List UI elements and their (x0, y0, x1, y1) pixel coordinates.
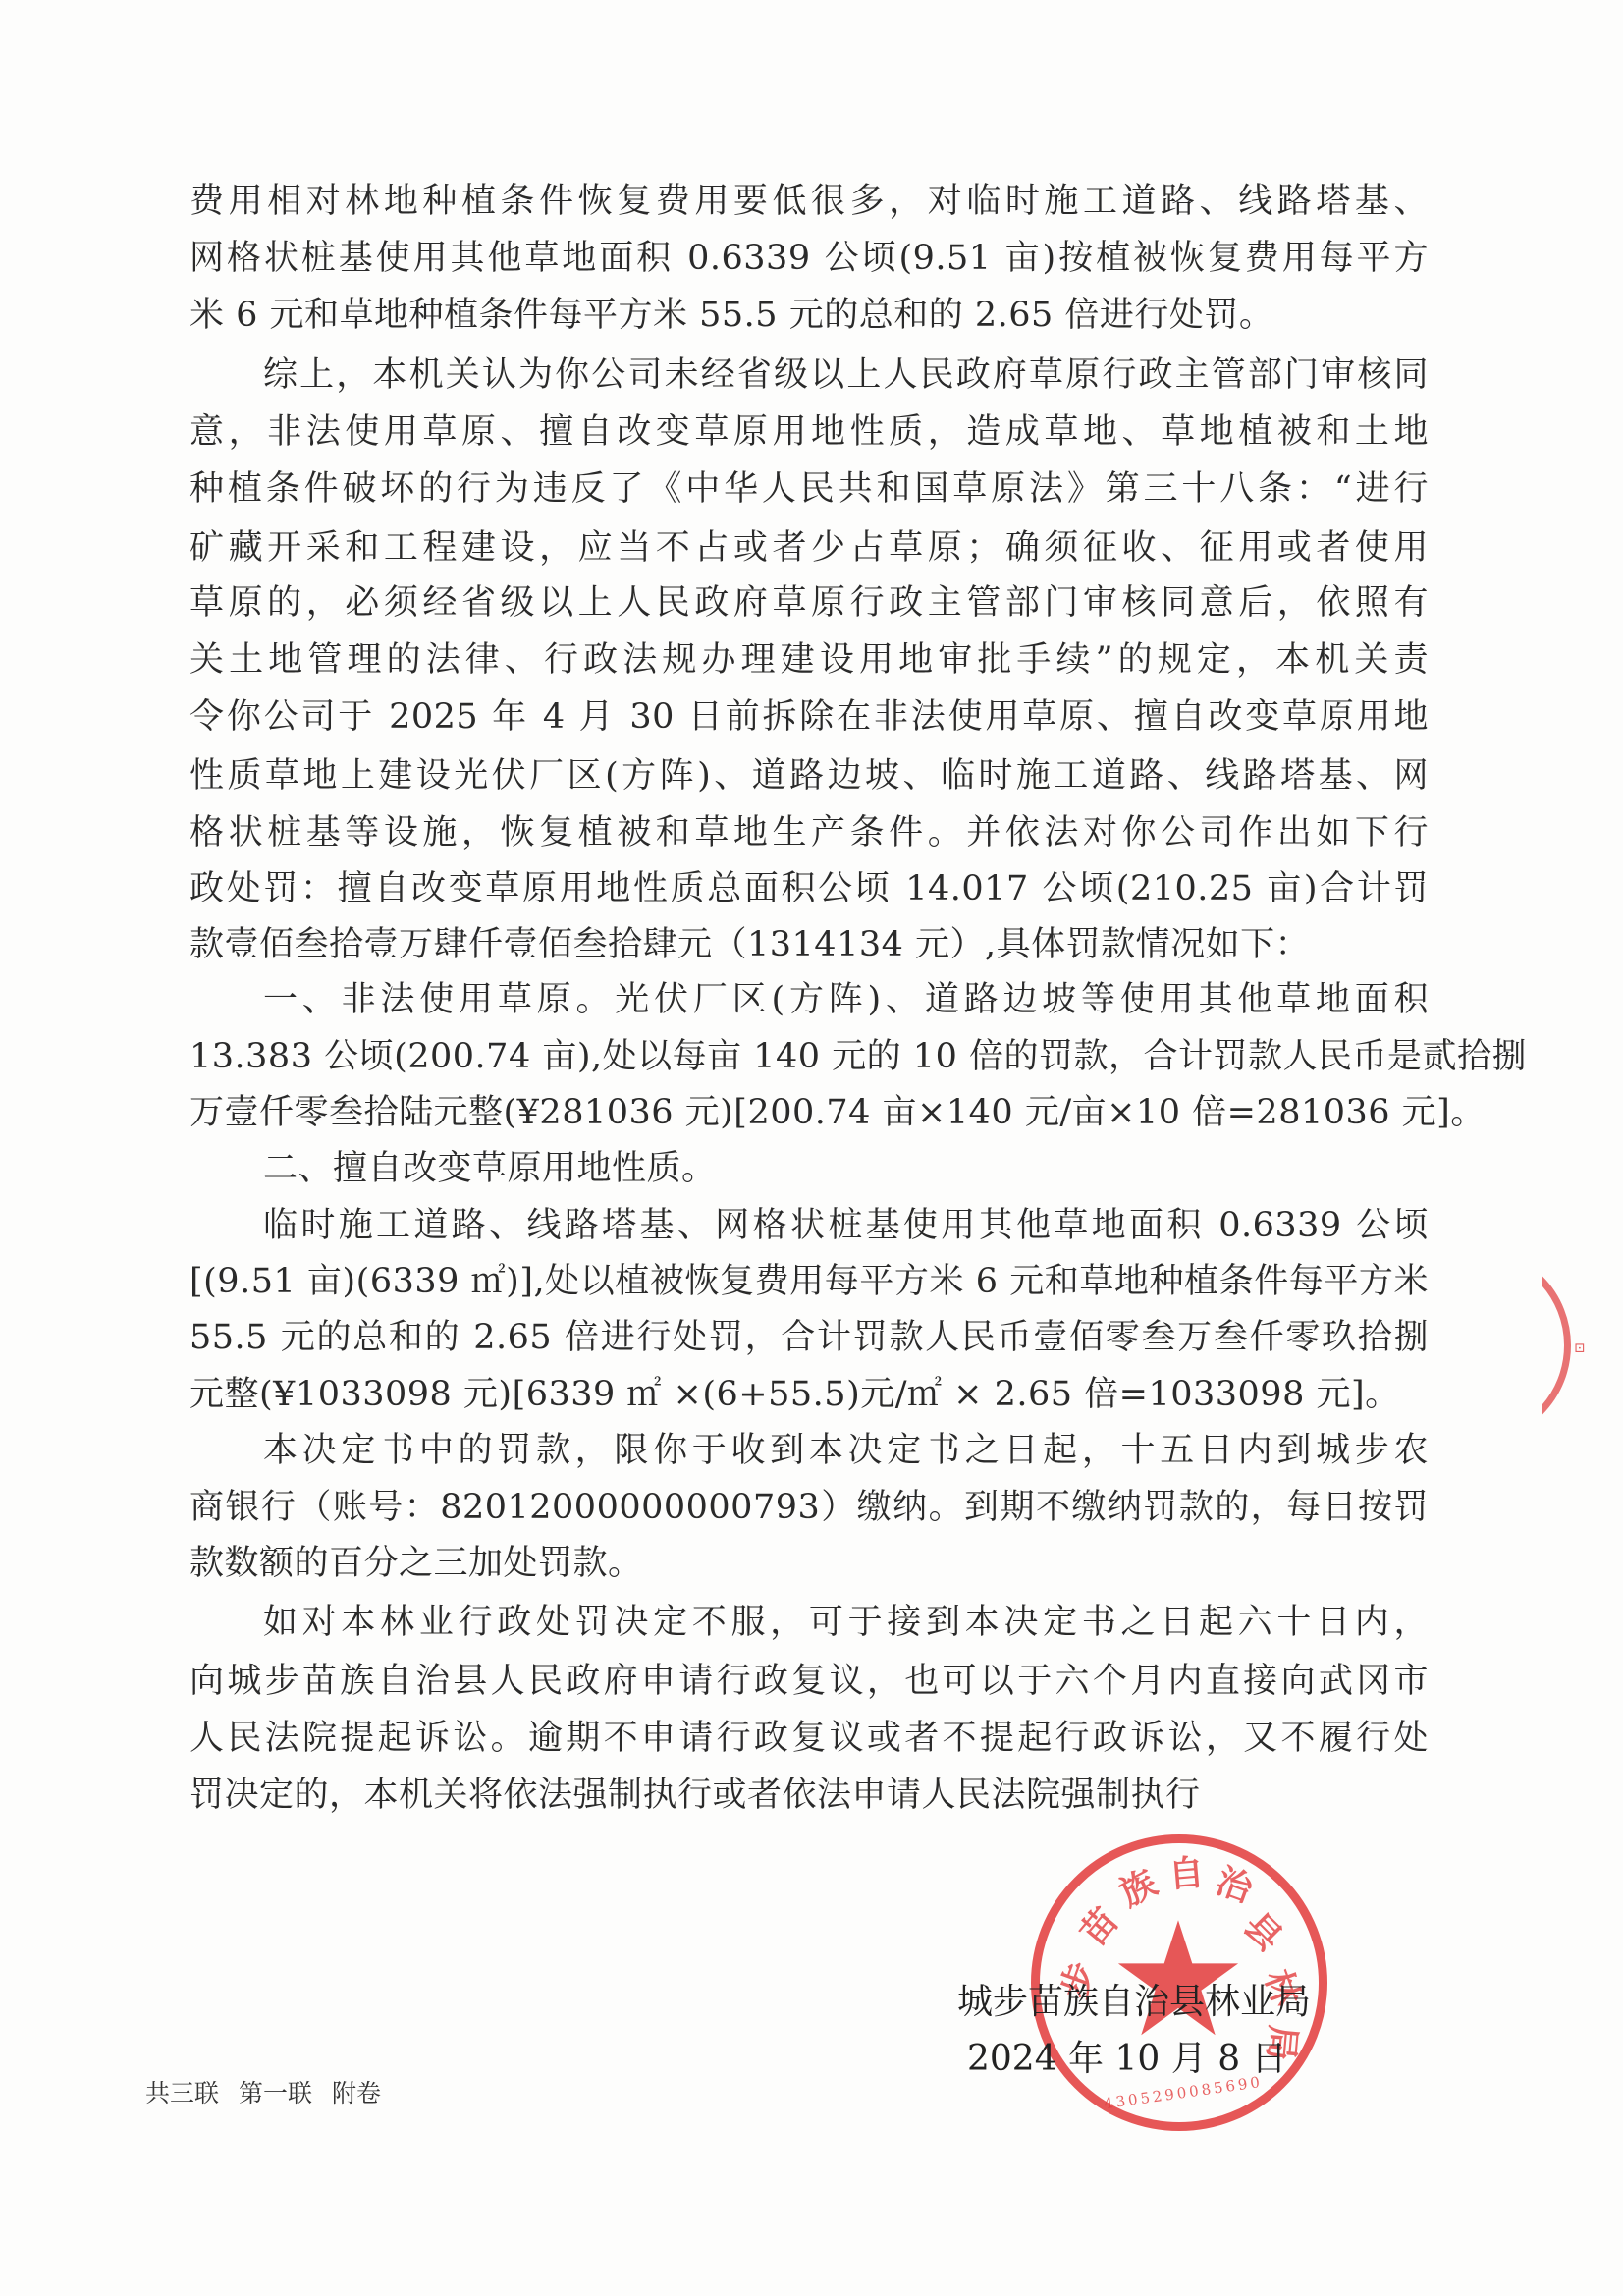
document-page: 费用相对林地种植条件恢复费用要低很多，对临时施工道路、线路塔基、网格状桩基使用其… (0, 0, 1623, 2296)
edge-seal-mark: ⊡ (1574, 1340, 1586, 1356)
text-line: 费用相对林地种植条件恢复费用要低很多，对临时施工道路、线路塔基、 (189, 177, 1429, 226)
text-line: 款数额的百分之三加处罚款。 (189, 1539, 1429, 1588)
text-line: 向城步苗族自治县人民政府申请行政复议，也可以于六个月内直接向武冈市 (189, 1657, 1429, 1706)
text-line: 矿藏开采和工程建设，应当不占或者少占草原；确须征收、征用或者使用 (189, 523, 1429, 573)
text-line: 性质草地上建设光伏厂区(方阵)、道路边坡、临时施工道路、线路塔基、网 (189, 751, 1429, 800)
text-line: 意，非法使用草原、擅自改变草原用地性质，造成草地、草地植被和土地 (189, 408, 1429, 457)
footer-copy-no: 第一联 (239, 2079, 312, 2107)
text-line: [(9.51 亩)(6339 ㎡)],处以植被恢复费用每平方米 6 元和草地种植… (189, 1257, 1429, 1306)
footer-archive: 附卷 (332, 2079, 381, 2107)
text-line: 款壹佰叁拾壹万肆仟壹佰叁拾肆元（1314134 元）,具体罚款情况如下： (189, 920, 1429, 969)
text-line: 二、擅自改变草原用地性质。 (263, 1144, 1429, 1193)
seal-char: 自 (1166, 1845, 1206, 1898)
text-line: 草原的，必须经省级以上人民政府草原行政主管部门审核同意后，依照有 (189, 578, 1429, 628)
text-line: 综上，本机关认为你公司未经省级以上人民政府草原行政主管部门审核同 (263, 351, 1429, 400)
text-line: 商银行（账号：82012000000000793）缴纳。到期不缴纳罚款的，每日按… (189, 1483, 1429, 1532)
text-line: 人民法院提起诉讼。逾期不申请行政复议或者不提起行政诉讼，又不履行处 (189, 1714, 1429, 1763)
text-line: 本决定书中的罚款，限你于收到本决定书之日起，十五日内到城步农 (263, 1426, 1429, 1475)
text-line: 罚决定的，本机关将依法强制执行或者依法申请人民法院强制执行 (189, 1771, 1429, 1820)
text-line: 万壹仟零叁拾陆元整(¥281036 元)[200.74 亩×140 元/亩×10… (189, 1088, 1429, 1137)
text-line: 如对本林业行政处罚决定不服，可于接到本决定书之日起六十日内， (263, 1598, 1429, 1647)
text-line: 55.5 元的总和的 2.65 倍进行处罚，合计罚款人民币壹佰零叁万叁仟零玖拾捌 (189, 1313, 1429, 1362)
text-line: 13.383 公顷(200.74 亩),处以每亩 140 元的 10 倍的罚款，… (189, 1032, 1429, 1081)
footer-copies: 共三联 (145, 2079, 219, 2107)
text-line: 格状桩基等设施，恢复植被和草地生产条件。并依法对你公司作出如下行 (189, 808, 1429, 857)
issuer-name: 城步苗族自治县林业局 (957, 1978, 1311, 2027)
text-line: 元整(¥1033098 元)[6339 ㎡ ×(6+55.5)元/㎡ × 2.6… (189, 1370, 1429, 1419)
text-line: 政处罚：擅自改变草原用地性质总面积公顷 14.017 公顷(210.25 亩)合… (189, 864, 1429, 913)
text-line: 网格状桩基使用其他草地面积 0.6339 公顷(9.51 亩)按植被恢复费用每平… (189, 234, 1429, 283)
text-line: 关土地管理的法律、行政法规办理建设用地审批手续”的规定，本机关责 (189, 635, 1429, 684)
text-line: 米 6 元和草地种植条件每平方米 55.5 元的总和的 2.65 倍进行处罚。 (189, 291, 1429, 340)
issue-date: 2024 年 10 月 8 日 (967, 2035, 1287, 2084)
text-line: 临时施工道路、线路塔基、网格状桩基使用其他草地面积 0.6339 公顷 (263, 1201, 1429, 1250)
text-line: 种植条件破坏的行为违反了《中华人民共和国草原法》第三十八条：“进行 (189, 465, 1429, 514)
text-line: 令你公司于 2025 年 4 月 30 日前拆除在非法使用草原、擅自改变草原用地 (189, 692, 1429, 741)
copy-footer: 共三联 第一联 附卷 (145, 2077, 393, 2110)
text-line: 一、非法使用草原。光伏厂区(方阵)、道路边坡等使用其他草地面积 (263, 975, 1429, 1024)
